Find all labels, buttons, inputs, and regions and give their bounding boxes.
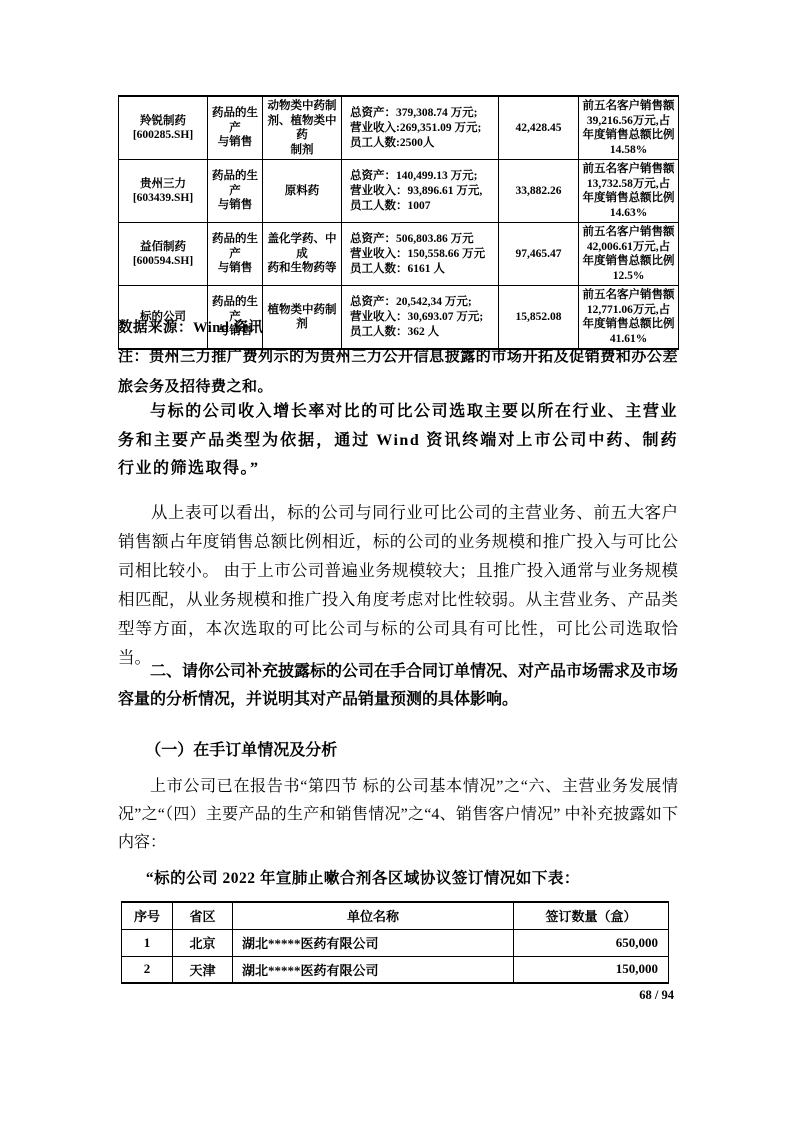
document-page: 羚锐制药 [600285.SH] 药品的生产 与销售 动物类中药制 剂、植物类中…: [0, 0, 793, 1122]
quantity-cell: 650,000: [514, 929, 669, 956]
region-cell: 天津: [173, 956, 233, 983]
promo-expense-cell: 42,428.45: [499, 96, 579, 160]
table-row: 贵州三力 [603439.SH] 药品的生产 与销售 原料药 总资产：140,4…: [119, 160, 679, 223]
comparable-companies-table: 羚锐制药 [600285.SH] 药品的生产 与销售 动物类中药制 剂、植物类中…: [118, 95, 679, 350]
col-header-signed-quantity: 签订数量（盒）: [514, 902, 669, 929]
table-row: 益佰制药 [600594.SH] 药品的生产 与销售 盖化学药、中成 药和生物药…: [119, 223, 679, 286]
promo-expense-cell: 33,882.26: [499, 160, 579, 223]
business-cell: 药品的生产 与销售: [208, 96, 263, 160]
page-number: 68 / 94: [639, 988, 674, 1003]
financials-cell: 总资产：140,499.13 万元; 营业收入：93,896.61 万元, 员工…: [342, 160, 499, 223]
index-cell: 2: [122, 956, 173, 983]
products-cell: 动物类中药制 剂、植物类中药 制剂: [263, 96, 342, 160]
index-cell: 1: [122, 929, 173, 956]
col-header-unit-name: 单位名称: [233, 902, 514, 929]
region-cell: 北京: [173, 929, 233, 956]
table-row: 羚锐制药 [600285.SH] 药品的生产 与销售 动物类中药制 剂、植物类中…: [119, 96, 679, 160]
table-header-row: 序号 省区 单位名称 签订数量（盒）: [122, 902, 669, 929]
table-row: 2 天津 湖北*****医药有限公司 150,000: [122, 956, 669, 983]
unit-name-cell: 湖北*****医药有限公司: [233, 929, 514, 956]
products-cell: 原料药: [263, 160, 342, 223]
business-cell: 药品的生产 与销售: [208, 160, 263, 223]
subsection-heading-order-status: （一）在手订单情况及分析: [118, 737, 678, 760]
top5-customers-cell: 前五名客户销售额 39,216.56万元,占 年度销售总额比例 14.58%: [579, 96, 679, 160]
financials-cell: 总资产：379,308.74 万元; 营业收入:269,351.09 万元; 员…: [342, 96, 499, 160]
business-cell: 药品的生产 与销售: [208, 223, 263, 286]
promo-expense-cell: 97,465.47: [499, 223, 579, 286]
company-name-cell: 益佰制药 [600594.SH]: [119, 223, 208, 286]
financials-cell: 总资产：506,803.86 万元 营业收入：150,558.66 万元 员工人…: [342, 223, 499, 286]
para-comparable-selection: 与标的公司收入增长率对比的可比公司选取主要以所在行业、主营业务和主要产品类型为依…: [118, 398, 678, 484]
data-source-note: 数据来源：Wind 资讯: [118, 316, 678, 337]
top5-customers-cell: 前五名客户销售额 42,006.61万元,占 年度销售总额比例 12.5%: [579, 223, 679, 286]
region-agreement-table: 序号 省区 单位名称 签订数量（盒） 1 北京 湖北*****医药有限公司 65…: [121, 901, 669, 984]
products-cell: 盖化学药、中成 药和生物药等: [263, 223, 342, 286]
quantity-cell: 150,000: [514, 956, 669, 983]
table-footnote: 注：贵州三力推广费列示的为贵州三力公开信息披露的市场开拓及促销费和办公差旅会务及…: [118, 342, 678, 402]
company-name-cell: 羚锐制药 [600285.SH]: [119, 96, 208, 160]
company-name-cell: 贵州三力 [603439.SH]: [119, 160, 208, 223]
para-comparability-analysis: 从上表可以看出，标的公司与同行业可比公司的主营业务、前五大客户销售额占年度销售总…: [118, 498, 678, 672]
top5-customers-cell: 前五名客户销售额 13,732.58万元,占 年度销售总额比例 14.63%: [579, 160, 679, 223]
col-header-index: 序号: [122, 902, 173, 929]
table-row: 1 北京 湖北*****医药有限公司 650,000: [122, 929, 669, 956]
col-header-region: 省区: [173, 902, 233, 929]
para-quote-intro: “标的公司 2022 年宣肺止嗽合剂各区域协议签订情况如下表：: [118, 866, 678, 888]
unit-name-cell: 湖北*****医药有限公司: [233, 956, 514, 983]
section-heading-2: 二、请你公司补充披露标的公司在手合同订单情况、对产品市场需求及市场容量的分析情况…: [118, 658, 678, 714]
para-disclosure: 上市公司已在报告书“第四节 标的公司基本情况”之“六、主营业务发展情况”之“（四…: [118, 773, 678, 857]
